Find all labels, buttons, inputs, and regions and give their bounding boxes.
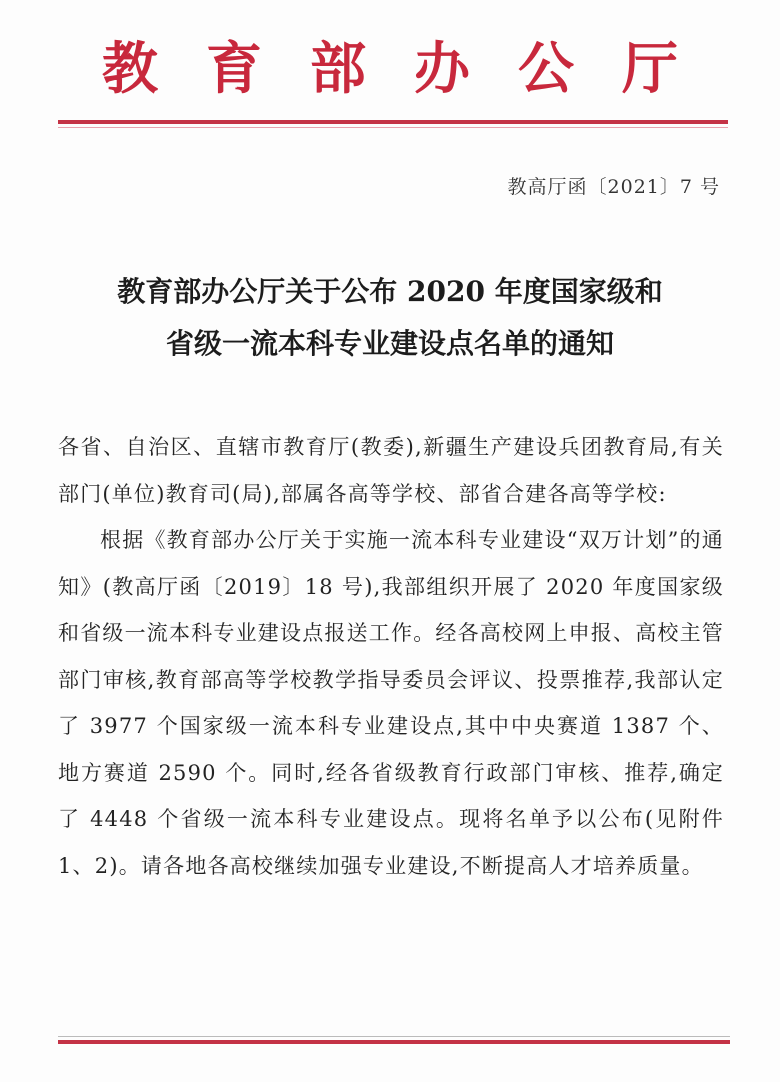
header-thin-rule	[58, 127, 728, 128]
header-red-rule	[58, 120, 728, 124]
masthead-char: 公	[518, 41, 574, 97]
masthead-char: 办	[414, 41, 470, 97]
document-number: 教高厅函〔2021〕7 号	[508, 172, 720, 199]
footer-thin-rule	[58, 1036, 730, 1037]
masthead-char: 育	[206, 41, 262, 97]
title-line-2: 省级一流本科专业建设点名单的通知	[0, 318, 780, 370]
title-line-1: 教育部办公厅关于公布 2020 年度国家级和	[0, 266, 780, 318]
masthead-char: 教	[102, 41, 158, 97]
document-title: 教育部办公厅关于公布 2020 年度国家级和 省级一流本科专业建设点名单的通知	[0, 266, 780, 370]
body-paragraph: 根据《教育部办公厅关于实施一流本科专业建设“双万计划”的通知》(教高厅函〔201…	[58, 517, 724, 889]
masthead: 教 育 部 办 公 厅	[0, 34, 780, 104]
addressees: 各省、自治区、直辖市教育厅(教委),新疆生产建设兵团教育局,有关部门(单位)教育…	[58, 424, 724, 517]
masthead-char: 部	[310, 41, 366, 97]
document-body: 各省、自治区、直辖市教育厅(教委),新疆生产建设兵团教育局,有关部门(单位)教育…	[58, 424, 724, 889]
masthead-char: 厅	[622, 41, 678, 97]
footer-red-rule	[58, 1040, 730, 1044]
